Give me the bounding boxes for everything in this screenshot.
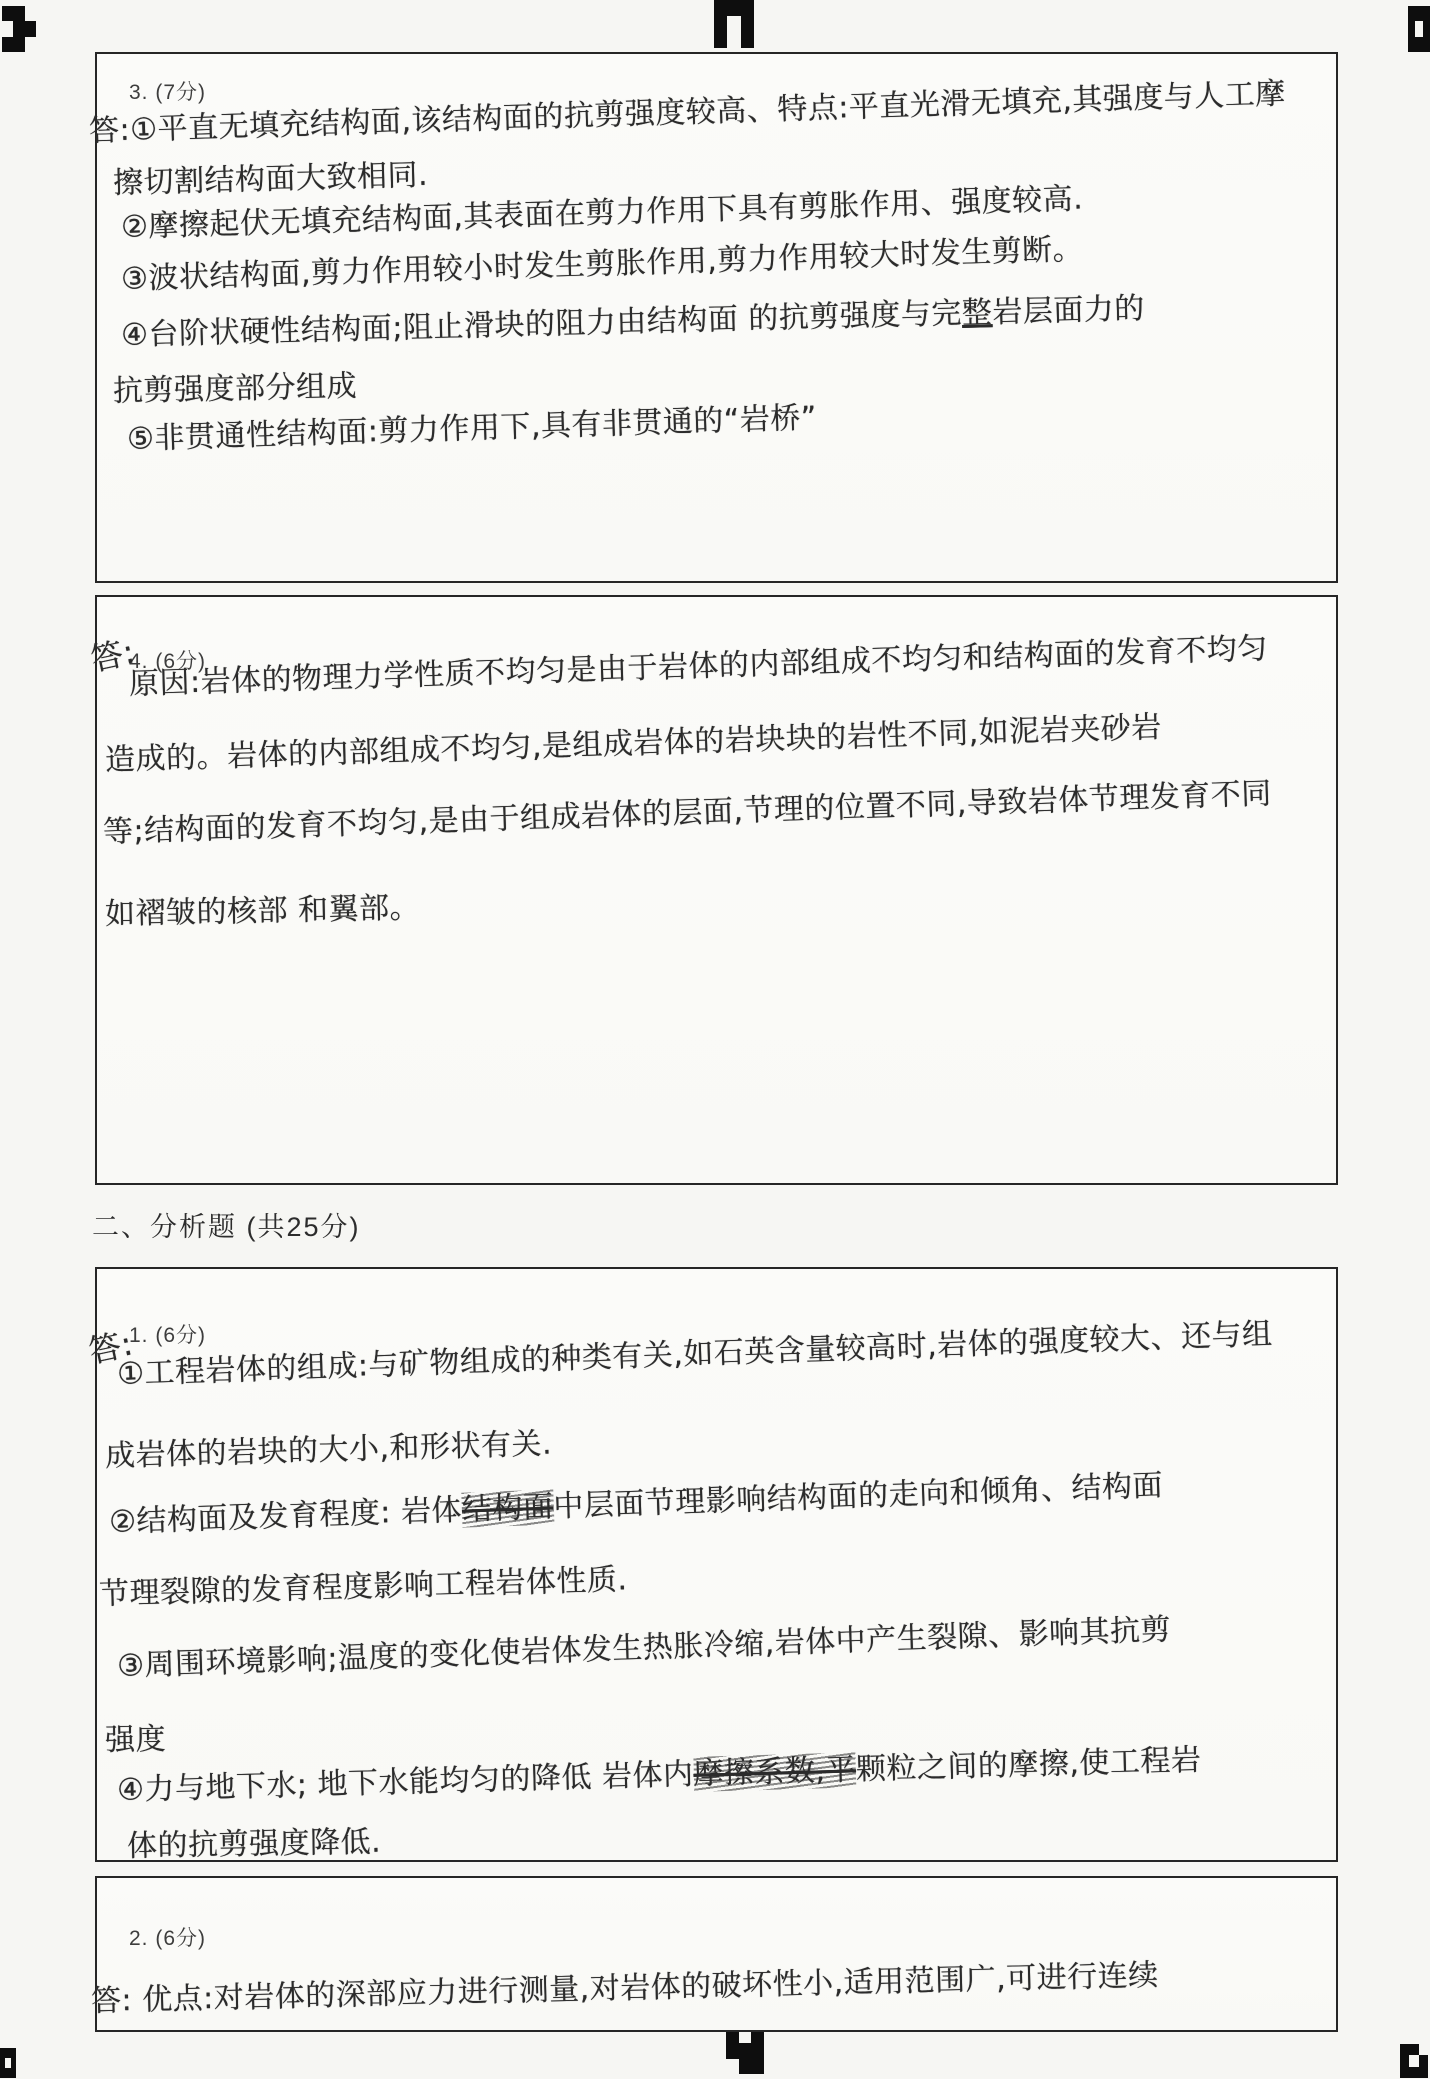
answer-box-q4: 4. (6分) 答: 原因:岩体的物理力学性质不均匀是由于岩体的内部组成不均匀和… [95,595,1338,1185]
fiducial-marker-top-left-icon [2,6,36,52]
handwritten-line: 节理裂隙的发育程度影响工程岩体性质. [98,1554,628,1613]
handwritten-line: 体的抗剪强度降低. [127,1817,382,1865]
fiducial-marker-bottom-left-icon [0,2048,16,2078]
handwritten-segment: 岩层面力的 [992,291,1145,330]
answer-box-q3: 3. (7分) 答:①平直无填充结构面,该结构面的抗剪强度较高、特点:平直光滑无… [95,52,1338,583]
handwritten-line: 强度 [105,1714,167,1759]
handwritten-line: 答:①平直无填充结构面,该结构面的抗剪强度较高、特点:平直光滑无填充,其强度与人… [88,68,1286,150]
fiducial-marker-top-right-icon [1408,6,1430,52]
fiducial-marker-top-center-icon [714,0,754,48]
question-number-label: 1. (6分) [129,1319,206,1349]
handwritten-line: 抗剪强度部分组成 [113,361,358,410]
handwritten-segment: ④台阶状硬性结构面;阻止滑块的阻力由结构面 的抗剪强度与完 [121,296,963,353]
crossed-out-text: 结构面 [461,1489,554,1527]
section-heading: 二、分析题 (共25分) [92,1205,361,1244]
handwritten-segment: ④力与地下水; 地下水能均匀的降低 岩体内 [117,1757,694,1808]
question-number-label: 3. (7分) [129,76,206,106]
handwritten-segment: 中层面节理影响结构面的走向和倾角、结构面 [553,1468,1164,1524]
handwritten-line: 造成的。岩体的内部组成不均匀,是组成岩体的岩块块的岩性不同,如泥岩夹砂岩 [104,702,1162,779]
handwritten-line: 答: 优点:对岩体的深部应力进行测量,对岩体的破坏性小,适用范围广,可进行连续 [90,1950,1159,2020]
handwritten-line: ④力与地下水; 地下水能均匀的降低 岩体内摩擦系数,平颗粒之间的摩擦,使工程岩 [116,1735,1201,1809]
answer-box-sec2-q1: 1. (6分) 答: ①工程岩体的组成:与矿物组成的种类有关,如石英含量较高时,… [95,1267,1338,1862]
handwritten-line: 成岩体的岩块的大小,和形状有关. [104,1419,552,1475]
fiducial-marker-bottom-right-icon [1400,2044,1428,2078]
handwritten-segment: ②结构面及发育程度: 岩体 [109,1493,463,1540]
underlined-word: 整 [961,295,992,331]
handwritten-segment: 颗粒之间的摩擦,使工程岩 [855,1743,1201,1788]
handwritten-line: 等;结构面的发育不均匀,是由于组成岩体的层面,节理的位置不同,导致岩体节理发育不… [102,768,1272,851]
question-number-label: 2. (6分) [129,1922,206,1952]
handwritten-line: ②结构面及发育程度: 岩体结构面中层面节理影响结构面的走向和倾角、结构面 [108,1460,1163,1541]
handwritten-line: ①工程岩体的组成:与矿物组成的种类有关,如石英含量较高时,岩体的强度较大、还与组 [116,1309,1273,1393]
fiducial-marker-bottom-center-icon [726,2028,764,2074]
handwritten-line: ④台阶状硬性结构面;阻止滑块的阻力由结构面 的抗剪强度与完整岩层面力的 [120,283,1145,354]
scanned-exam-page: { "page": { "heading_section2": "二、分析题 (… [0,0,1430,2079]
handwritten-line: 如褶皱的核部 和翼部。 [105,882,421,933]
crossed-out-text: 摩擦系数,平 [693,1752,856,1792]
handwritten-line: ③周围环境影响;温度的变化使岩体发生热胀冷缩,岩体中产生裂隙、影响其抗剪 [116,1604,1171,1685]
handwritten-line: 原因:岩体的物理力学性质不均匀是由于岩体的内部组成不均匀和结构面的发育不均匀 [128,623,1268,703]
answer-box-sec2-q2: 2. (6分) 答: 优点:对岩体的深部应力进行测量,对岩体的破坏性小,适用范围… [95,1876,1338,2032]
